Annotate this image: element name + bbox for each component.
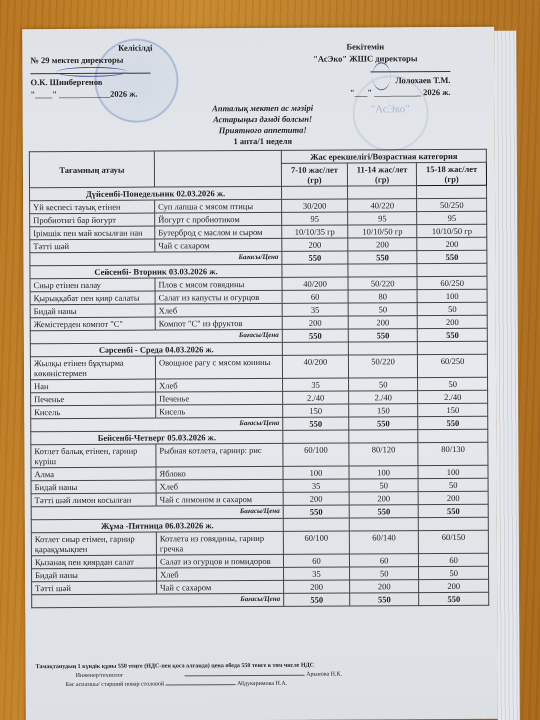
- portion-value: 80: [348, 290, 417, 303]
- dish-name-kz: Тәтті шәй: [30, 239, 155, 253]
- portion-value: 200: [419, 579, 489, 592]
- portion-value: 100: [349, 466, 418, 479]
- dish-name-ru: Яблоко: [156, 466, 283, 480]
- school-director-role: № 29 мектеп директоры: [30, 54, 210, 66]
- empty-cell: [282, 186, 348, 199]
- price-label: Бағасы/Цена: [30, 329, 282, 343]
- empty-cell: [349, 430, 418, 443]
- menu-table: Тағамның атауы Жас ерекшелігі/Возрастная…: [29, 149, 489, 608]
- portion-value: 50/220: [348, 277, 417, 290]
- dish-name-kz: Котлет сиыр етімен, гарнир қарақұмықпен: [31, 532, 156, 556]
- cook-name: Абдукаримова Н.А.: [237, 681, 287, 687]
- price-label: Бағасы/Цена: [31, 505, 283, 519]
- dish-name-kz: Печенье: [31, 392, 156, 406]
- table-row: Жылқы етінен бұқтырма көкөністерменОвощн…: [30, 354, 487, 379]
- price-value: 550: [417, 250, 487, 263]
- signature-line-left: [30, 65, 210, 77]
- dish-name-kz: Бидай наны: [32, 568, 157, 582]
- week-label: 1 апта/1 неделя: [163, 135, 363, 147]
- dish-name-kz: Котлет балық етінен, гарнир күріш: [31, 444, 156, 468]
- col-header-category: Жас ерекшелігі/Возрастная категория: [281, 149, 486, 163]
- price-value: 550: [349, 505, 418, 518]
- document-footer: Тамақтанудың 1 күндік құны 550 теңге (НД…: [36, 661, 496, 690]
- portion-value: 40/200: [282, 355, 348, 378]
- signature-line-right: [280, 64, 450, 76]
- portion-value: 60/100: [283, 443, 349, 466]
- portion-value: 150: [349, 404, 418, 417]
- col-header-name: Тағамның атауы: [29, 151, 154, 188]
- dish-name-ru: Суп лапша с мясом птицы: [155, 199, 282, 213]
- price-value: 550: [284, 593, 350, 606]
- dish-name-ru: Чай с сахаром: [157, 580, 284, 594]
- dish-name-ru: Чай с сахаром: [155, 238, 282, 252]
- portion-value: 80/120: [349, 443, 418, 466]
- company-director-name: Лолохаев Т.М.: [280, 75, 450, 87]
- portion-value: 95: [348, 212, 417, 225]
- portion-value: 200: [284, 580, 350, 593]
- portion-value: 60/150: [419, 530, 489, 553]
- portion-value: 60/100: [283, 531, 349, 554]
- empty-cell: [418, 429, 488, 442]
- portion-value: 95: [282, 212, 348, 225]
- dish-name-kz: Тәтті шәй лимон косылған: [31, 493, 156, 507]
- menu-document: "АсЭко" Келісілді № 29 мектеп директоры …: [22, 27, 498, 720]
- dish-name-ru: Йогурт с пробиотиком: [155, 212, 282, 226]
- price-value: 550: [283, 417, 349, 430]
- portion-value: 50: [348, 303, 417, 316]
- empty-cell: [419, 517, 489, 530]
- portion-value: 150: [418, 403, 488, 416]
- dish-name-ru: Хлеб: [155, 303, 282, 317]
- dish-name-ru: Хлеб: [157, 567, 284, 581]
- empty-cell: [348, 264, 417, 277]
- stamp-text: "АсЭко": [371, 103, 410, 115]
- approval-block-left: Келісілді № 29 мектеп директоры О.К. Шин…: [30, 42, 210, 100]
- portion-value: 200: [350, 580, 419, 593]
- portion-value: 50: [349, 378, 418, 391]
- price-value: 550: [282, 251, 348, 264]
- empty-cell: [282, 342, 348, 355]
- portion-value: 35: [283, 378, 349, 391]
- company-director-role: "АсЭко" ЖШС директоры: [280, 52, 450, 64]
- dish-name-ru: Салат из капусты и огурцов: [155, 290, 282, 304]
- price-value: 550: [348, 329, 417, 342]
- empty-cell: [349, 518, 418, 531]
- portion-value: 10/10/50 гр: [417, 224, 487, 237]
- dish-name-ru: Компот "С" из фруктов: [155, 316, 282, 330]
- portion-value: 100: [283, 466, 349, 479]
- day-title: Бейсенбі-Четверг 05.03.2026 ж.: [31, 430, 283, 444]
- portion-value: 50: [418, 478, 488, 491]
- portion-value: 60/140: [349, 531, 418, 554]
- price-value: 550: [419, 592, 489, 605]
- day-title: Сейсенбі- Вторник 03.03.2026 ж.: [30, 264, 282, 278]
- empty-cell: [418, 341, 488, 354]
- dish-name-ru: Хлеб: [156, 378, 283, 392]
- portion-value: 200: [417, 237, 487, 250]
- engineer-name: Арынова Н.К.: [306, 672, 342, 678]
- dish-name-ru: Плов с мясом говядины: [155, 277, 282, 291]
- empty-cell: [417, 185, 487, 198]
- dish-name-ru: Рыбная котлета, гарнир: рис: [156, 443, 283, 467]
- approved-title: Бекітемін: [280, 41, 450, 53]
- empty-cell: [283, 430, 349, 443]
- portion-value: 95: [417, 211, 487, 224]
- empty-cell: [348, 186, 417, 199]
- portion-value: 2./40: [418, 390, 488, 403]
- dish-name-kz: Үй кеспесі тауық етінен: [30, 200, 155, 214]
- portion-value: 40/200: [282, 277, 348, 290]
- portion-value: 10/10/35 гр: [282, 225, 348, 238]
- portion-value: 200: [283, 492, 349, 505]
- portion-value: 50: [349, 479, 418, 492]
- price-value: 550: [350, 593, 419, 606]
- portion-value: 10/10/50 гр: [348, 225, 417, 238]
- dish-name-kz: Қызанақ пен қиярдан салат: [31, 555, 156, 569]
- price-label: Бағасы/Цена: [30, 251, 282, 265]
- signature-icon: [372, 62, 390, 90]
- portion-value: 35: [282, 303, 348, 316]
- dish-name-ru: Бутерброд с маслом и сыром: [155, 225, 282, 239]
- dish-name-kz: Алма: [31, 467, 156, 481]
- dish-name-ru: Кисель: [156, 404, 283, 418]
- price-label: Бағасы/Цена: [31, 417, 283, 431]
- cook-role: Бас аспазшы/ старший повар столовой: [66, 682, 165, 689]
- day-title: Жұма -Пятница 06.03.2026 ж.: [31, 518, 283, 532]
- table-row: Котлет сиыр етімен, гарнир қарақұмықпенК…: [31, 530, 488, 555]
- col-header-ru: [154, 150, 281, 187]
- signature-icon: [56, 67, 126, 77]
- dish-name-kz: Тәтті шәй: [32, 581, 157, 595]
- price-value: 550: [418, 504, 488, 517]
- price-value: 550: [349, 417, 418, 430]
- portion-value: 2./40: [283, 391, 349, 404]
- day-title: Сәрсенбі - Среда 04.03.2026 ж.: [30, 342, 282, 356]
- dish-name-kz: Жылқы етінен бұқтырма көкөністермен: [30, 356, 155, 380]
- approval-block-right: Бекітемін "АсЭко" ЖШС директоры Лолохаев…: [280, 41, 450, 99]
- portion-value: 50: [418, 377, 488, 390]
- empty-cell: [417, 263, 487, 276]
- portion-value: 200: [418, 491, 488, 504]
- dish-name-ru: Салат из огурцов и помидоров: [156, 554, 283, 568]
- age-group-15-18: 15-18 жас/лет (гр): [417, 162, 487, 185]
- portion-value: 60: [282, 290, 348, 303]
- portion-value: 60: [419, 553, 489, 566]
- table-row: Котлет балық етінен, гарнир күрішРыбная …: [31, 442, 488, 467]
- cook-signature-line: [166, 684, 236, 685]
- date-line-left: "____" ____________2026 ж.: [31, 88, 211, 100]
- portion-value: 50: [350, 567, 419, 580]
- engineer-signature-line: [185, 675, 305, 677]
- age-group-7-10: 7-10 жас/лет (гр): [281, 163, 347, 186]
- menu-heading: Апталық мектеп ас мәзірі Астарыңыз дәмді…: [163, 102, 363, 147]
- portion-value: 50/250: [417, 198, 487, 211]
- portion-value: 60: [283, 554, 349, 567]
- portion-value: 35: [283, 479, 349, 492]
- empty-cell: [282, 264, 348, 277]
- empty-cell: [348, 342, 417, 355]
- portion-value: 200: [348, 316, 417, 329]
- dish-name-kz: Бидай наны: [30, 304, 155, 318]
- portion-value: 35: [284, 567, 350, 580]
- portion-value: 200: [282, 316, 348, 329]
- portion-value: 2./40: [349, 391, 418, 404]
- day-title: Дүйсенбі-Понедельник 02.03.2026 ж.: [30, 186, 282, 200]
- dish-name-kz: Жемістерден компот "С": [30, 317, 155, 331]
- dish-name-ru: Котлета из говядины, гарнир гречка: [156, 531, 283, 555]
- dish-name-ru: Чай с лимоном и сахаром: [156, 492, 283, 506]
- portion-value: 60/250: [417, 276, 487, 289]
- empty-cell: [283, 518, 349, 531]
- school-director-name: О.К. Шинбергенов: [30, 76, 210, 88]
- portion-value: 100: [418, 465, 488, 478]
- price-value: 550: [348, 251, 417, 264]
- portion-value: 200: [348, 238, 417, 251]
- date-line-right: "___" ___________ 2026 ж.: [280, 86, 450, 98]
- dish-name-kz: Бидай наны: [31, 480, 156, 494]
- price-value: 550: [283, 505, 349, 518]
- dish-name-ru: Хлеб: [156, 479, 283, 493]
- portion-value: 50/220: [348, 355, 417, 378]
- portion-value: 200: [349, 492, 418, 505]
- price-value: 550: [418, 416, 488, 429]
- dish-name-kz: Сиыр етінен палау: [30, 278, 155, 292]
- portion-value: 200: [417, 315, 487, 328]
- portion-value: 150: [283, 404, 349, 417]
- price-value: 550: [282, 329, 348, 342]
- portion-value: 60: [349, 554, 418, 567]
- price-label: Бағасы/Цена: [32, 593, 284, 607]
- dish-name-ru: Овощное рагу с мясом конины: [155, 355, 282, 379]
- portion-value: 50: [417, 302, 487, 315]
- paper-stack-edge: [494, 31, 520, 720]
- portion-value: 50: [419, 566, 489, 579]
- portion-value: 80/130: [418, 442, 488, 465]
- price-value: 550: [418, 328, 488, 341]
- portion-value: 30/200: [282, 199, 348, 212]
- portion-value: 40/220: [348, 199, 417, 212]
- engineer-role: Инженер/технолог: [76, 673, 124, 679]
- dish-name-kz: Нан: [31, 379, 156, 393]
- portion-value: 200: [282, 238, 348, 251]
- dish-name-kz: Ірімшік пен май косылған нан: [30, 226, 155, 240]
- portion-value: 60/250: [418, 354, 488, 377]
- portion-value: 100: [417, 289, 487, 302]
- price-row: Бағасы/Цена550550550: [32, 592, 489, 607]
- dish-name-kz: Кисель: [31, 405, 156, 419]
- dish-name-ru: Печенье: [156, 391, 283, 405]
- age-group-11-14: 11-14 жас/лет (гр): [347, 163, 416, 186]
- dish-name-kz: Қырыққабат пен қияр салаты: [30, 291, 155, 305]
- dish-name-kz: Пробиотигі бар йогурт: [30, 213, 155, 227]
- agreed-title: Келісілді: [30, 42, 210, 54]
